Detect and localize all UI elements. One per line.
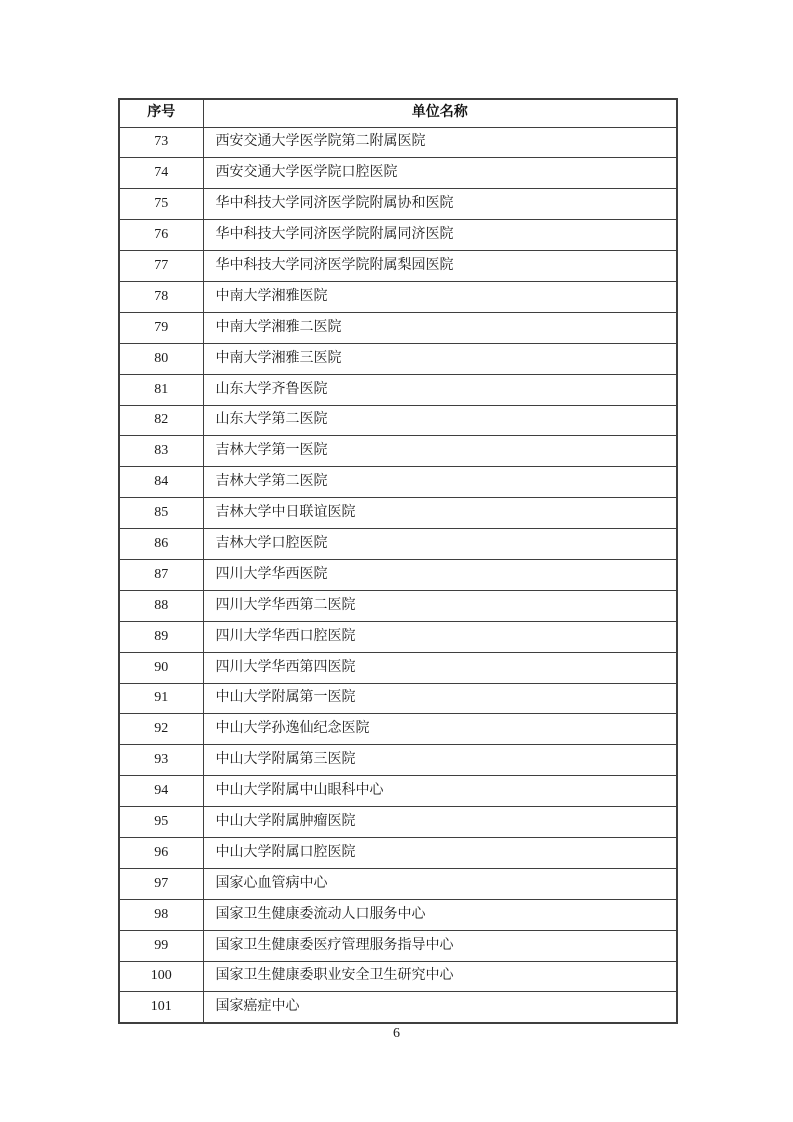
table-body: 73西安交通大学医学院第二附属医院74西安交通大学医学院口腔医院75华中科技大学… (119, 127, 677, 1023)
table-row: 89四川大学华西口腔医院 (119, 621, 677, 652)
row-unit-name-cell: 中山大学附属口腔医院 (203, 837, 677, 868)
row-unit-name-cell: 吉林大学第二医院 (203, 467, 677, 498)
row-index-cell: 84 (119, 467, 203, 498)
table-row: 91中山大学附属第一医院 (119, 683, 677, 714)
row-unit-name-cell: 山东大学第二医院 (203, 405, 677, 436)
row-unit-name-cell: 中山大学孙逸仙纪念医院 (203, 714, 677, 745)
table-row: 76华中科技大学同济医学院附属同济医院 (119, 220, 677, 251)
row-index-cell: 73 (119, 127, 203, 158)
row-unit-name-cell: 西安交通大学医学院第二附属医院 (203, 127, 677, 158)
table-row: 83吉林大学第一医院 (119, 436, 677, 467)
row-index-cell: 80 (119, 343, 203, 374)
row-index-cell: 74 (119, 158, 203, 189)
row-unit-name-cell: 中南大学湘雅三医院 (203, 343, 677, 374)
table-row: 75华中科技大学同济医学院附属协和医院 (119, 189, 677, 220)
row-unit-name-cell: 吉林大学第一医院 (203, 436, 677, 467)
table-row: 80中南大学湘雅三医院 (119, 343, 677, 374)
row-unit-name-cell: 中山大学附属肿瘤医院 (203, 807, 677, 838)
table-row: 74西安交通大学医学院口腔医院 (119, 158, 677, 189)
row-unit-name-cell: 国家卫生健康委职业安全卫生研究中心 (203, 961, 677, 992)
row-unit-name-cell: 华中科技大学同济医学院附属梨园医院 (203, 251, 677, 282)
header-cell-unit-name: 单位名称 (203, 99, 677, 127)
table-row: 88四川大学华西第二医院 (119, 590, 677, 621)
row-index-cell: 75 (119, 189, 203, 220)
table-row: 79中南大学湘雅二医院 (119, 312, 677, 343)
table-row: 86吉林大学口腔医院 (119, 529, 677, 560)
units-table: 序号 单位名称 73西安交通大学医学院第二附属医院74西安交通大学医学院口腔医院… (118, 98, 678, 1024)
row-unit-name-cell: 四川大学华西第二医院 (203, 590, 677, 621)
row-unit-name-cell: 四川大学华西第四医院 (203, 652, 677, 683)
table-row: 101国家癌症中心 (119, 992, 677, 1023)
row-unit-name-cell: 国家心血管病中心 (203, 868, 677, 899)
table-row: 96中山大学附属口腔医院 (119, 837, 677, 868)
row-index-cell: 78 (119, 281, 203, 312)
row-index-cell: 92 (119, 714, 203, 745)
row-index-cell: 79 (119, 312, 203, 343)
row-index-cell: 87 (119, 559, 203, 590)
table-row: 99国家卫生健康委医疗管理服务指导中心 (119, 930, 677, 961)
table-row: 97国家心血管病中心 (119, 868, 677, 899)
row-unit-name-cell: 中山大学附属第一医院 (203, 683, 677, 714)
row-unit-name-cell: 华中科技大学同济医学院附属协和医院 (203, 189, 677, 220)
row-unit-name-cell: 中南大学湘雅医院 (203, 281, 677, 312)
row-unit-name-cell: 国家卫生健康委流动人口服务中心 (203, 899, 677, 930)
row-index-cell: 86 (119, 529, 203, 560)
row-index-cell: 83 (119, 436, 203, 467)
table-row: 90四川大学华西第四医院 (119, 652, 677, 683)
row-index-cell: 98 (119, 899, 203, 930)
row-index-cell: 85 (119, 498, 203, 529)
table-row: 73西安交通大学医学院第二附属医院 (119, 127, 677, 158)
row-unit-name-cell: 国家卫生健康委医疗管理服务指导中心 (203, 930, 677, 961)
table-row: 78中南大学湘雅医院 (119, 281, 677, 312)
row-unit-name-cell: 华中科技大学同济医学院附属同济医院 (203, 220, 677, 251)
row-index-cell: 101 (119, 992, 203, 1023)
table-head: 序号 单位名称 (119, 99, 677, 127)
row-unit-name-cell: 四川大学华西口腔医院 (203, 621, 677, 652)
row-index-cell: 89 (119, 621, 203, 652)
table-row: 85吉林大学中日联谊医院 (119, 498, 677, 529)
table-row: 94中山大学附属中山眼科中心 (119, 776, 677, 807)
row-index-cell: 88 (119, 590, 203, 621)
page-number: 6 (0, 1026, 793, 1042)
table-row: 87四川大学华西医院 (119, 559, 677, 590)
header-cell-index: 序号 (119, 99, 203, 127)
row-index-cell: 95 (119, 807, 203, 838)
row-index-cell: 100 (119, 961, 203, 992)
table-row: 82山东大学第二医院 (119, 405, 677, 436)
row-index-cell: 77 (119, 251, 203, 282)
table-row: 84吉林大学第二医院 (119, 467, 677, 498)
row-index-cell: 94 (119, 776, 203, 807)
row-unit-name-cell: 国家癌症中心 (203, 992, 677, 1023)
document-page: 序号 单位名称 73西安交通大学医学院第二附属医院74西安交通大学医学院口腔医院… (0, 0, 793, 1122)
row-index-cell: 97 (119, 868, 203, 899)
table-row: 81山东大学齐鲁医院 (119, 374, 677, 405)
row-index-cell: 99 (119, 930, 203, 961)
row-unit-name-cell: 四川大学华西医院 (203, 559, 677, 590)
table-row: 93中山大学附属第三医院 (119, 745, 677, 776)
row-unit-name-cell: 山东大学齐鲁医院 (203, 374, 677, 405)
row-unit-name-cell: 吉林大学中日联谊医院 (203, 498, 677, 529)
row-unit-name-cell: 中山大学附属中山眼科中心 (203, 776, 677, 807)
row-index-cell: 81 (119, 374, 203, 405)
row-index-cell: 91 (119, 683, 203, 714)
row-unit-name-cell: 吉林大学口腔医院 (203, 529, 677, 560)
row-index-cell: 96 (119, 837, 203, 868)
table-row: 92中山大学孙逸仙纪念医院 (119, 714, 677, 745)
row-unit-name-cell: 中南大学湘雅二医院 (203, 312, 677, 343)
row-unit-name-cell: 中山大学附属第三医院 (203, 745, 677, 776)
table-row: 98国家卫生健康委流动人口服务中心 (119, 899, 677, 930)
row-index-cell: 76 (119, 220, 203, 251)
table-row: 77华中科技大学同济医学院附属梨园医院 (119, 251, 677, 282)
table-header-row: 序号 单位名称 (119, 99, 677, 127)
table-row: 100国家卫生健康委职业安全卫生研究中心 (119, 961, 677, 992)
row-index-cell: 90 (119, 652, 203, 683)
table-row: 95中山大学附属肿瘤医院 (119, 807, 677, 838)
row-index-cell: 82 (119, 405, 203, 436)
row-unit-name-cell: 西安交通大学医学院口腔医院 (203, 158, 677, 189)
row-index-cell: 93 (119, 745, 203, 776)
